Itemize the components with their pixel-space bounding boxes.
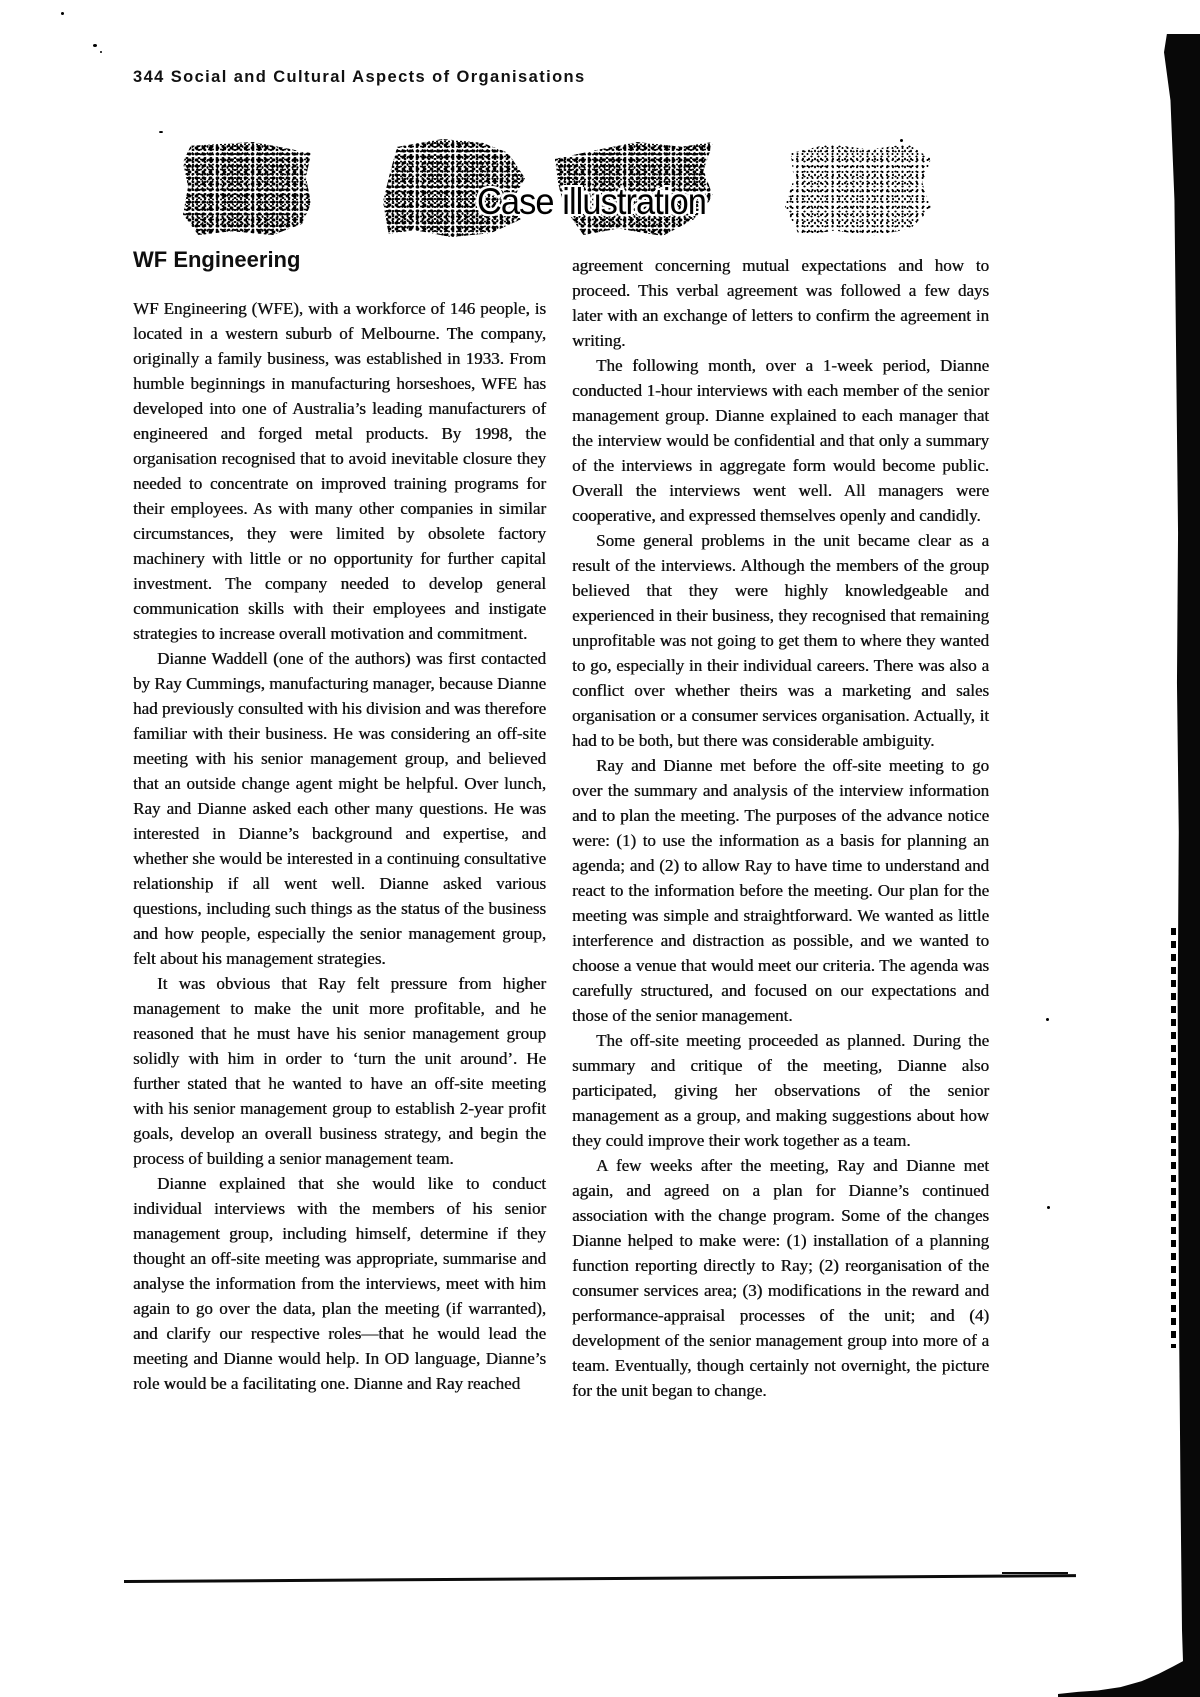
section-title: WF Engineering bbox=[133, 247, 300, 273]
paragraph: The off-site meeting proceeded as planne… bbox=[572, 1028, 989, 1153]
scan-dot bbox=[61, 12, 64, 15]
paragraph: Dianne explained that she would like to … bbox=[133, 1171, 546, 1396]
running-head: 344 Social and Cultural Aspects of Organ… bbox=[133, 68, 586, 87]
bottom-rule bbox=[124, 1574, 1076, 1582]
paragraph: WF Engineering (WFE), with a workforce o… bbox=[133, 296, 546, 646]
scan-dot bbox=[159, 131, 163, 133]
paragraph: agreement concerning mutual expectations… bbox=[572, 253, 989, 353]
scan-dot bbox=[93, 44, 97, 47]
paragraph: A few weeks after the meeting, Ray and D… bbox=[572, 1153, 989, 1403]
scan-dot bbox=[900, 139, 903, 142]
banner-title: Case illustration bbox=[477, 181, 706, 223]
scan-dot bbox=[100, 51, 102, 53]
scan-dot bbox=[1046, 1018, 1049, 1021]
speckle-patch-1 bbox=[183, 142, 311, 235]
paragraph: Ray and Dianne met before the off-site m… bbox=[572, 753, 989, 1028]
paragraph: Some general problems in the unit became… bbox=[572, 528, 989, 753]
speckle-patch-4 bbox=[785, 144, 931, 236]
scan-edge-bar bbox=[1164, 34, 1200, 1697]
paragraph: It was obvious that Ray felt pressure fr… bbox=[133, 971, 546, 1171]
scan-edge-dashes bbox=[1171, 928, 1176, 1348]
right-column: agreement concerning mutual expectations… bbox=[572, 253, 989, 1403]
bottom-rule-tick bbox=[1002, 1572, 1068, 1574]
scan-dot bbox=[1047, 1206, 1050, 1209]
left-column: WF Engineering (WFE), with a workforce o… bbox=[133, 296, 546, 1396]
paragraph: Dianne Waddell (one of the authors) was … bbox=[133, 646, 546, 971]
scan-corner-wedge bbox=[1058, 1654, 1200, 1697]
paragraph: The following month, over a 1-week perio… bbox=[572, 353, 989, 528]
scanned-book-page: 344 Social and Cultural Aspects of Organ… bbox=[0, 0, 1200, 1697]
